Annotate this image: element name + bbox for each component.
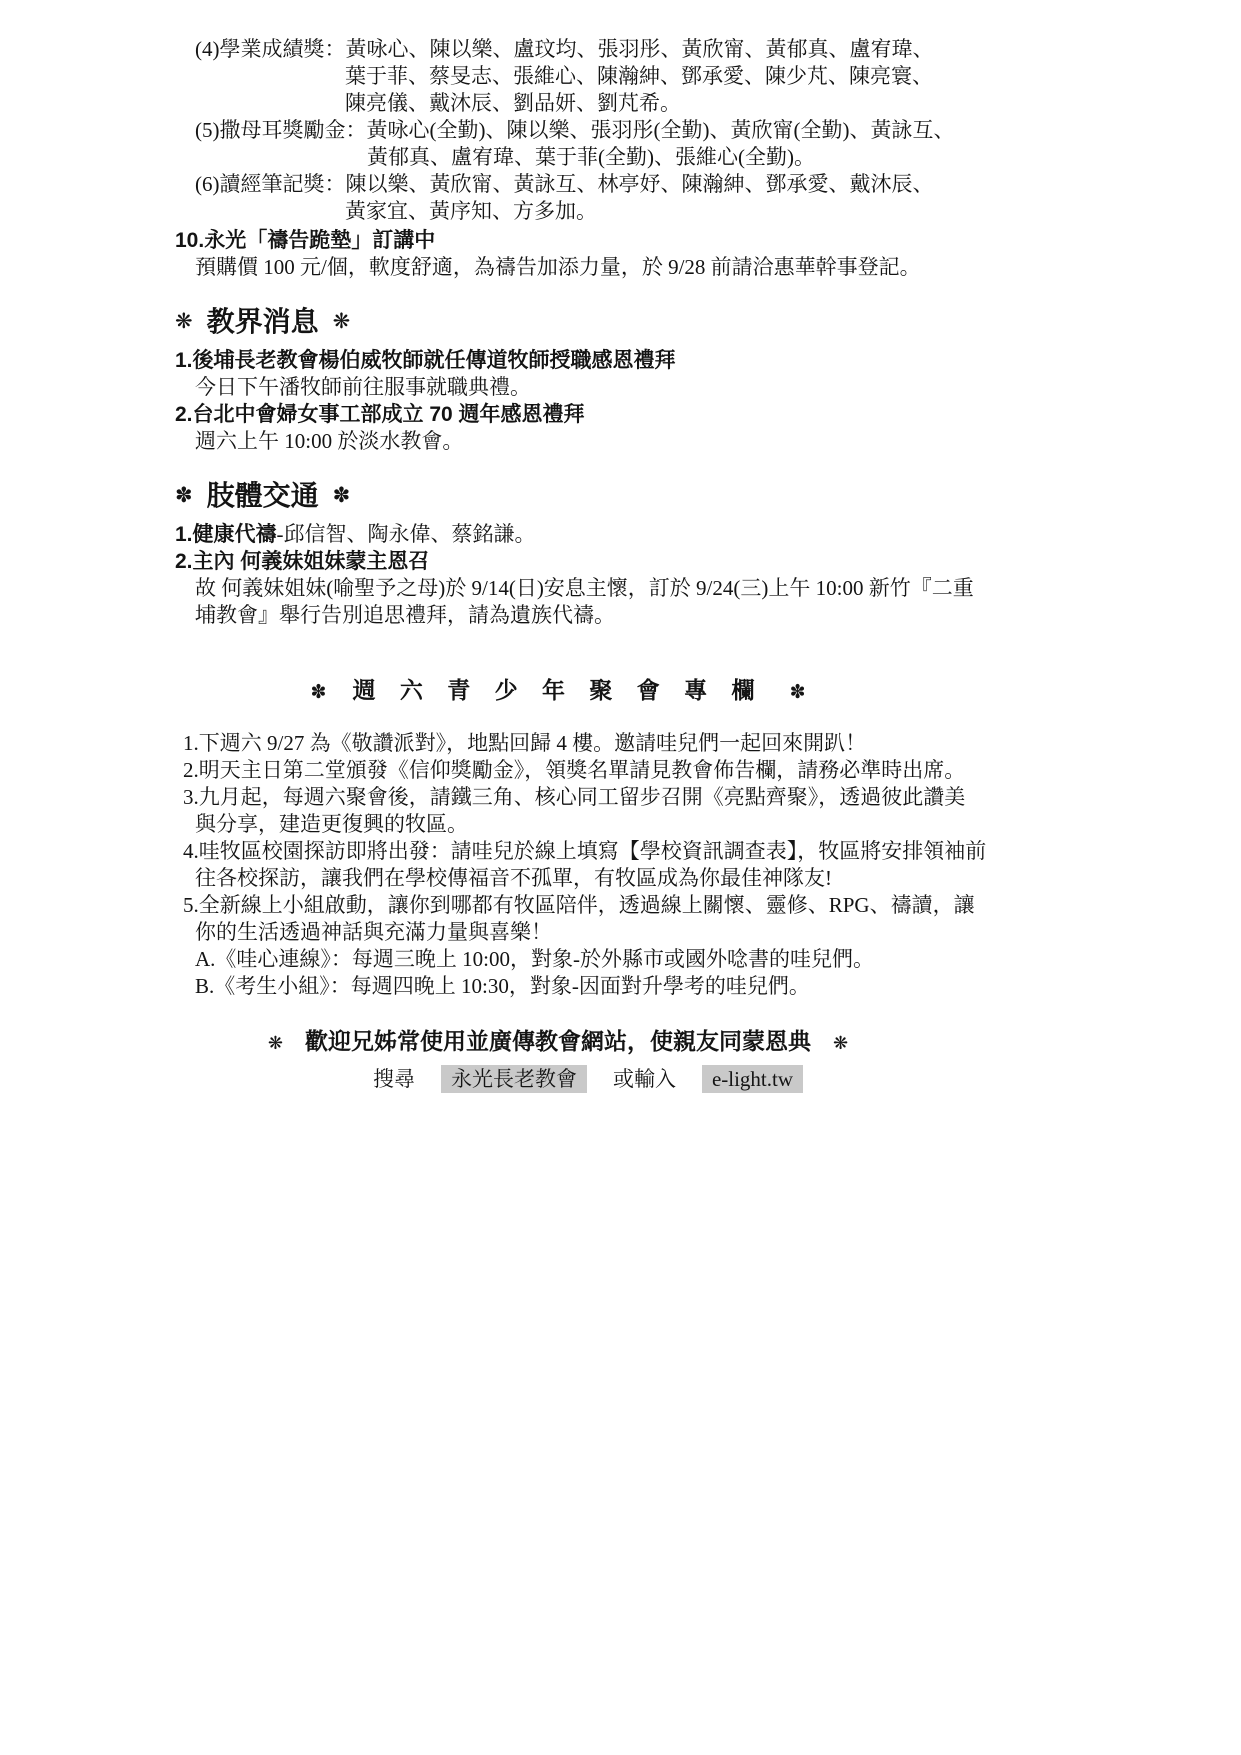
award-item-bible-notes: (6)讀經筆記獎：陳以樂、黃欣甯、黃詠互、林亭妤、陳瀚紳、鄧承愛、戴沐辰、 [195,171,1101,198]
fellowship-item-memorial-title: 2.主內 何義妹姐妹蒙主恩召 [175,548,1101,575]
kneeling-pad-body: 預購價 100 元/個，軟度舒適，為禱告加添力量，於 9/28 前請洽惠華幹事登… [195,254,1101,281]
youth-item: 2.明天主日第二堂頒發《信仰獎勵金》，領獎名單請見教會佈告欄，請務必準時出席。 [183,757,1101,784]
bulletin-content: (4)學業成績獎：黃咏心、陳以樂、盧玟均、張羽彤、黃欣甯、黃郁真、盧宥瑋、 葉于… [0,0,1241,1096]
kneeling-pad-title: 10.永光「禱告跪墊」訂講中 [175,227,1101,254]
award-names: 黃郁真、盧宥瑋、葉于菲(全勤)、張維心(全勤)。 [367,144,1101,171]
youth-item-cont: 你的生活透過神話與充滿力量與喜樂！ [195,919,1101,946]
award-names: 黃咏心、陳以樂、盧玟均、張羽彤、黃欣甯、黃郁真、盧宥瑋、 [346,37,934,61]
award-label: (6)讀經筆記獎： [195,172,346,196]
fellowship-section: ✽肢體交通✽ 1.健康代禱-邱信智、陶永偉、蔡銘謙。 2.主內 何義妹姐妹蒙主恩… [175,479,1101,629]
flower-icon: ✽ [311,682,327,703]
news-item-body: 今日下午潘牧師前往服事就職典禮。 [195,374,1101,401]
youth-section: ✽週 六 青 少 年 聚 會 專 欄✽ 1.下週六 9/27 為《敬讚派對》，地… [175,675,1101,1000]
flower-icon: ❋ [833,1033,848,1053]
youth-item: 3.九月起，每週六聚會後，請鐵三角、核心同工留步召開《亮點齊聚》，透過彼此讚美 [183,784,1101,811]
award-item-samuel: (5)撒母耳獎勵金：黃咏心(全勤)、陳以樂、張羽彤(全勤)、黃欣甯(全勤)、黃詠… [195,117,1101,144]
promo-title-text: 歡迎兄姊常使用並廣傳教會網站，使親友同蒙恩典 [305,1028,811,1054]
url-highlight: e-light.tw [702,1065,803,1093]
youth-subitem-a: A.《哇心連線》：每週三晚上 10:00，對象-於外縣市或國外唸書的哇兒們。 [195,946,1101,973]
youth-item: 1.下週六 9/27 為《敬讚派對》，地點回歸 4 樓。邀請哇兒們一起回來開趴！ [183,730,1101,757]
fellowship-item-memorial-body: 埔教會』舉行告別追思禮拜，請為遺族代禱。 [195,602,1101,629]
website-promo-title: ❋歡迎兄姊常使用並廣傳教會網站，使親友同蒙恩典❋ [95,1026,1021,1058]
search-label: 搜尋 [373,1067,415,1091]
flower-icon: ❋ [333,305,351,339]
flower-icon: ✽ [333,479,351,513]
youth-subitem-b: B.《考生小組》：每週四晚上 10:30，對象-因面對升學考的哇兒們。 [195,973,1101,1000]
award-names: 陳以樂、黃欣甯、黃詠互、林亭妤、陳瀚紳、鄧承愛、戴沐辰、 [346,172,934,196]
bulletin-page: (4)學業成績獎：黃咏心、陳以樂、盧玟均、張羽彤、黃欣甯、黃郁真、盧宥瑋、 葉于… [0,0,1241,1755]
church-news-section: ❋教界消息❋ 1.後埔長老教會楊伯威牧師就任傳道牧師授職感恩禮拜 今日下午潘牧師… [175,305,1101,455]
section-title: 肢體交通 [207,479,319,513]
church-news-heading: ❋教界消息❋ [175,305,1101,339]
news-item-title: 2.台北中會婦女事工部成立 70 週年感恩禮拜 [175,401,1101,428]
or-input-label: 或輸入 [613,1067,676,1091]
youth-item-cont: 與分享，建造更復興的牧區。 [195,811,1101,838]
flower-icon: ❋ [175,305,193,339]
fellowship-item-memorial-body: 故 何義妹姐妹(喻聖予之母)於 9/14(日)安息主懷，訂於 9/24(三)上午… [195,575,1101,602]
award-names: 葉于菲、蔡旻志、張維心、陳瀚紳、鄧承愛、陳少芃、陳亮寰、 [345,63,1101,90]
fellowship-heading: ✽肢體交通✽ [175,479,1101,513]
search-term-highlight: 永光長老教會 [441,1065,587,1093]
awards-section: (4)學業成績獎：黃咏心、陳以樂、盧玟均、張羽彤、黃欣甯、黃郁真、盧宥瑋、 葉于… [175,36,1101,225]
flower-icon: ❋ [268,1033,283,1053]
kneeling-pad-item: 10.永光「禱告跪墊」訂講中 預購價 100 元/個，軟度舒適，為禱告加添力量，… [175,227,1101,281]
news-item-title: 1.後埔長老教會楊伯威牧師就任傳道牧師授職感恩禮拜 [175,347,1101,374]
flower-icon: ✽ [790,682,806,703]
flower-icon: ✽ [175,479,193,513]
award-names: 陳亮儀、戴沐辰、劉品妍、劉芃希。 [345,90,1101,117]
youth-item: 4.哇牧區校園探訪即將出發：請哇兒於線上填寫【學校資訊調查表】，牧區將安排領袖前 [183,838,1101,865]
award-item-academic: (4)學業成績獎：黃咏心、陳以樂、盧玟均、張羽彤、黃欣甯、黃郁真、盧宥瑋、 [195,36,1101,63]
youth-item-cont: 往各校探訪，讓我們在學校傳福音不孤單，有牧區成為你最佳神隊友! [195,865,1101,892]
fellowship-item-names: -邱信智、陶永偉、蔡銘謙。 [277,522,536,546]
search-line: 搜尋永光長老教會或輸入e-light.tw [125,1062,1051,1096]
section-title: 週 六 青 少 年 聚 會 專 欄 [352,677,763,703]
award-label: (4)學業成績獎： [195,37,346,61]
youth-item: 5.全新線上小組啟動，讓你到哪都有牧區陪伴，透過線上關懷、靈修、RPG、禱讀，讓 [183,892,1101,919]
award-label: (5)撒母耳獎勵金： [195,118,367,142]
award-names: 黃咏心(全勤)、陳以樂、張羽彤(全勤)、黃欣甯(全勤)、黃詠互、 [367,118,955,142]
youth-heading: ✽週 六 青 少 年 聚 會 專 欄✽ [95,675,1021,708]
fellowship-item-label: 1.健康代禱 [175,523,277,546]
section-title: 教界消息 [207,305,319,339]
fellowship-item-health: 1.健康代禱-邱信智、陶永偉、蔡銘謙。 [175,521,1101,548]
news-item-body: 週六上午 10:00 於淡水教會。 [195,428,1101,455]
footer-section: ❋歡迎兄姊常使用並廣傳教會網站，使親友同蒙恩典❋ 搜尋永光長老教會或輸入e-li… [175,1026,1101,1096]
award-names: 黃家宜、黃序知、方多加。 [345,198,1101,225]
